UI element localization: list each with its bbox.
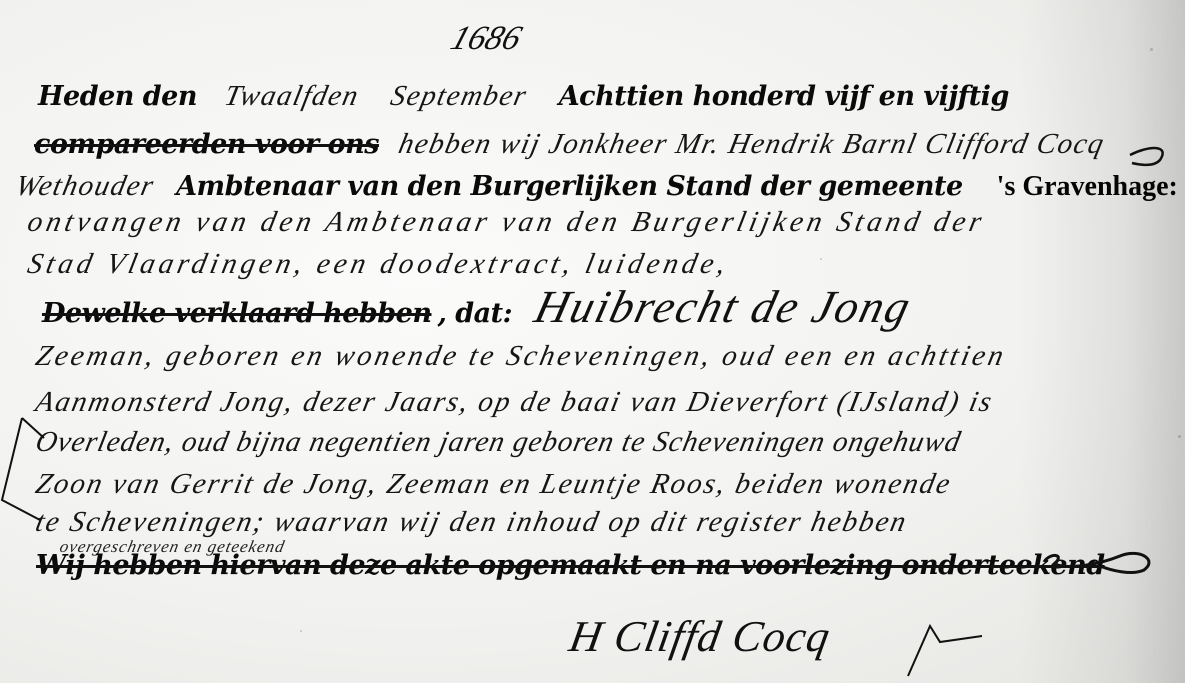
- line-end-flourish: [1120, 105, 1180, 175]
- registrar-signature: H Cliffd Cocq: [570, 615, 830, 659]
- handwritten-text: te Scheveningen; waarvan wij den inhoud …: [33, 508, 910, 537]
- paper-speck: [1178, 435, 1181, 438]
- struck-printed-text: Wij hebben hiervan deze akte opgemaakt e…: [36, 552, 1105, 579]
- line-8: Aanmonsterd Jong, dezer Jaars, op de baa…: [36, 388, 1003, 417]
- struck-printed-text: Dewelke verklaard hebben: [42, 300, 431, 327]
- paper-speck: [820, 258, 822, 260]
- paper-speck: [1150, 48, 1153, 51]
- line-4: ontvangen van den Ambtenaar van den Burg…: [28, 208, 995, 237]
- line-1: Heden den Twaalfden September Achttien h…: [38, 82, 1019, 111]
- printed-text: , dat:: [437, 300, 512, 327]
- handwritten-text: Aanmonsterd Jong, dezer Jaars, op de baa…: [33, 388, 996, 417]
- handwritten-text: Stad Vlaardingen, een doodextract, luide…: [25, 250, 732, 279]
- line-10: Zoon van Gerrit de Jong, Zeeman en Leunt…: [36, 470, 961, 499]
- handwritten-text: Zoon van Gerrit de Jong, Zeeman en Leunt…: [33, 470, 954, 499]
- handwritten-title: Wethouder: [13, 172, 157, 201]
- line-3: Wethouder Ambtenaar van den Burgerlijken…: [16, 172, 1185, 201]
- line-9: Overleden, oud bijna negentien jaren geb…: [36, 428, 971, 457]
- document-page: 1686 Heden den Twaalfden September Achtt…: [0, 0, 1185, 683]
- line-11: te Scheveningen; waarvan wij den inhoud …: [36, 508, 917, 537]
- printed-text: Heden den: [38, 83, 197, 110]
- struck-printed-text: compareerden voor ons: [34, 131, 379, 158]
- handwritten-text: Zeeman, geboren en wonende te Schevening…: [33, 342, 1009, 371]
- handwritten-day: Twaalfden: [222, 82, 362, 111]
- line-12: Wij hebben hiervan deze akte opgemaakt e…: [36, 552, 1115, 579]
- handwritten-official-name: hebben wij Jonkheer Mr. Hendrik Barnl Cl…: [396, 130, 1107, 159]
- line-6: Dewelke verklaard hebben , dat: Huibrech…: [42, 300, 921, 330]
- municipality-name: 's Gravenhage:: [997, 173, 1178, 201]
- deceased-name: Huibrecht de Jong: [530, 284, 916, 330]
- paper-speck: [300, 630, 302, 632]
- line-7: Zeeman, geboren en wonende te Schevening…: [36, 342, 1016, 371]
- handwritten-text: Overleden, oud bijna negentien jaren geb…: [33, 428, 964, 457]
- line-5: Stad Vlaardingen, een doodextract, luide…: [28, 250, 739, 279]
- printed-year: Achttien honderd vijf en vijftig: [559, 83, 1009, 110]
- handwritten-text: ontvangen van den Ambtenaar van den Burg…: [25, 208, 988, 237]
- margin-bracket-flourish: [0, 410, 60, 530]
- end-flourish: [1040, 540, 1160, 580]
- handwritten-month: September: [388, 82, 530, 111]
- printed-text: Ambtenaar van den Burgerlijken Stand der…: [176, 173, 963, 200]
- line-2: compareerden voor ons hebben wij Jonkhee…: [34, 130, 1114, 159]
- signature-flourish: [900, 620, 990, 680]
- record-number: 1686: [452, 22, 520, 56]
